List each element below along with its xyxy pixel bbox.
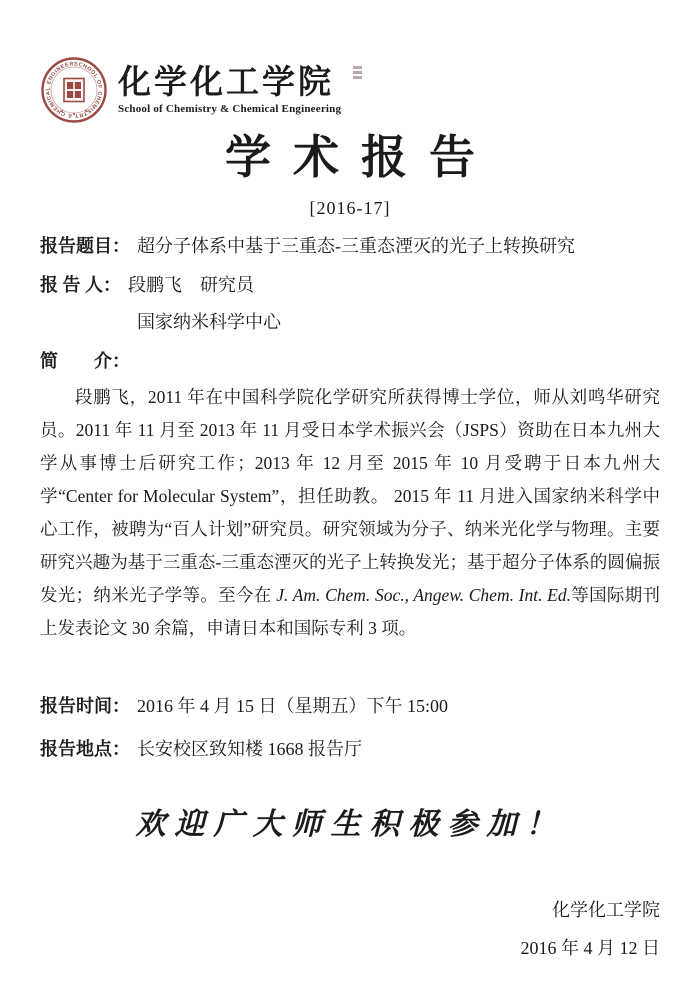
field-topic: 报告题目： 超分子体系中基于三重态-三重态湮灭的光子上转换研究	[40, 233, 660, 259]
footer-date: 2016 年 4 月 12 日	[40, 936, 660, 960]
bio-journals-italic: J. Am. Chem. Soc., Angew. Chem. Int. Ed.	[276, 585, 571, 605]
page-title: 学术报告	[40, 130, 660, 186]
venue-value: 长安校区致知楼 1668 报告厅	[137, 736, 362, 762]
speaker-affiliation: 国家纳米科学中心	[40, 309, 660, 335]
speaker-value: 段鹏飞 研究员	[128, 272, 254, 298]
school-name-en: School of Chemistry & Chemical Engineeri…	[118, 103, 341, 115]
speaker-bio-paragraph: 段鹏飞，2011 年在中国科学院化学研究所获得博士学位，师从刘鸣华研究员。201…	[40, 381, 660, 645]
school-logo-text: 化学化工学院 School of Chemistry & Chemical En…	[118, 65, 341, 115]
school-name-cn: 化学化工学院	[118, 65, 341, 101]
intro-label: 简 介：	[40, 348, 130, 374]
field-speaker: 报 告 人： 段鹏飞 研究员	[40, 272, 660, 298]
footer-signature: 化学化工学院	[40, 898, 660, 922]
welcome-line: 欢迎广大师生积极参加！	[40, 806, 660, 844]
speaker-label: 报 告 人：	[40, 272, 121, 298]
field-intro: 简 介：	[40, 348, 660, 374]
logo-signature-mark	[353, 66, 362, 79]
field-venue: 报告地点： 长安校区致知楼 1668 报告厅	[40, 736, 660, 762]
school-logo: SCHOOL OF CHEMISTRY & CHEMICAL ENGINEERI…	[40, 56, 660, 124]
topic-label: 报告题目：	[40, 233, 130, 259]
field-time: 报告时间： 2016 年 4 月 15 日（星期五）下午 15:00	[40, 693, 660, 719]
venue-label: 报告地点：	[40, 736, 130, 762]
school-seal-icon: SCHOOL OF CHEMISTRY & CHEMICAL ENGINEERI…	[40, 56, 108, 124]
time-label: 报告时间：	[40, 693, 130, 719]
bio-text-1: 段鹏飞，2011 年在中国科学院化学研究所获得博士学位，师从刘鸣华研究员。201…	[40, 387, 660, 605]
announcement-page: SCHOOL OF CHEMISTRY & CHEMICAL ENGINEERI…	[0, 0, 700, 1000]
time-value: 2016 年 4 月 15 日（星期五）下午 15:00	[137, 693, 448, 719]
topic-value: 超分子体系中基于三重态-三重态湮灭的光子上转换研究	[137, 233, 575, 259]
issue-number: [2016-17]	[40, 196, 660, 220]
